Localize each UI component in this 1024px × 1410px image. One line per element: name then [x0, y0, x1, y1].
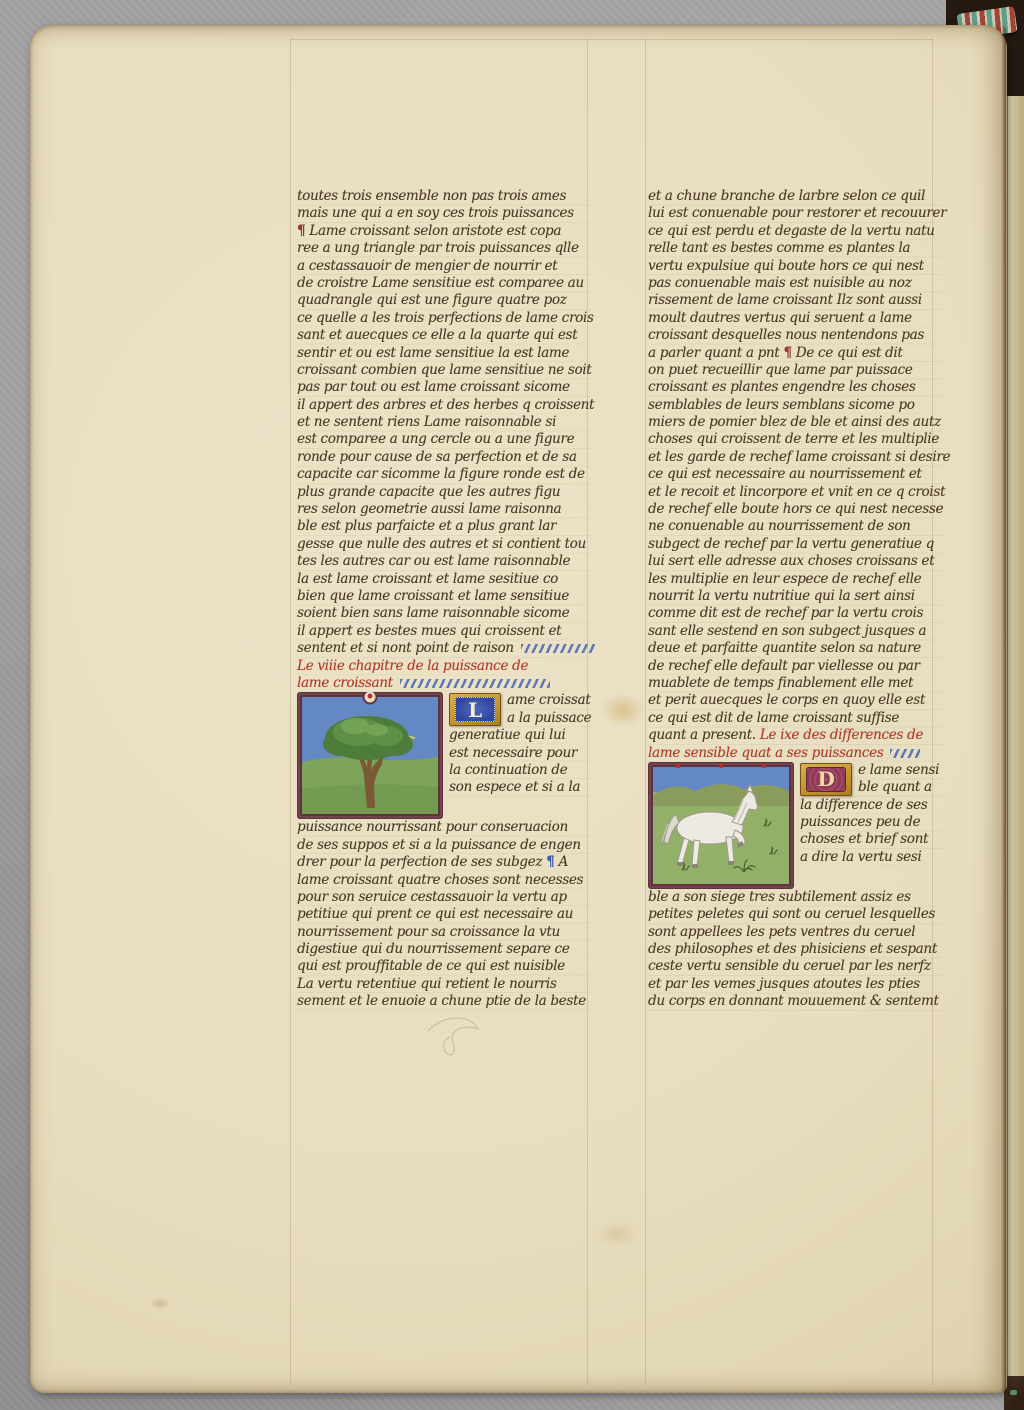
manuscript-line: nourrissement pour sa croissance la vtu: [297, 924, 591, 941]
manuscript-line: Le viiie chapitre de la puissance de: [297, 658, 591, 675]
manuscript-line: sentir et ou est lame sensitiue la est l…: [297, 345, 591, 362]
manuscript-line: pas par tout ou est lame croissant sicom…: [297, 379, 591, 396]
manuscript-line: gesse que nulle des autres et si contien…: [297, 536, 591, 553]
manuscript-line: ce quelle a les trois perfections de lam…: [297, 310, 591, 327]
manuscript-line: ree a ung triangle par trois puissances …: [297, 240, 591, 257]
manuscript-line: est comparee a ung cercle ou a une figur…: [297, 431, 591, 448]
manuscript-line: lame croissant: [297, 675, 591, 692]
manuscript-line: la difference de ses: [800, 797, 942, 814]
manuscript-line: des philosophes et des phisiciens et ses…: [648, 941, 942, 958]
line-filler-ornament: [400, 679, 550, 688]
manuscript-line: lame sensible quat a ses puissances: [648, 745, 942, 762]
manuscript-line: de ses suppos et si a la puissance de en…: [297, 837, 591, 854]
left-text-block-a: toutes trois ensemble non pas trois ames…: [297, 188, 591, 692]
manuscript-line: ble quant a: [800, 779, 942, 796]
pen-trial-flourish: [420, 1007, 520, 1067]
manuscript-line: semblables de leurs semblans sicome po: [648, 397, 942, 414]
manuscript-line: pas conuenable mais est nuisible au noz: [648, 275, 942, 292]
manuscript-line: petitiue qui prent ce qui est necessaire…: [297, 906, 591, 923]
manuscript-line: a parler quant a pnt ¶ De ce qui est dit: [648, 345, 942, 362]
manuscript-line: subgect de rechef par la vertu generatiu…: [648, 536, 942, 553]
gutter-crease: [1001, 25, 1006, 1393]
stain: [596, 1221, 638, 1247]
text-column-right: et a chune branche de larbre selon ce qu…: [648, 188, 942, 1011]
manuscript-line: de croistre Lame sensitiue est comparee …: [297, 275, 591, 292]
left-miniature-row: L ame croissata la puissacegeneratiue qu…: [297, 692, 591, 819]
photographed-manuscript: { "page": { "background_color": "#a2a1a3…: [0, 0, 1024, 1410]
manuscript-line: a la puissace: [449, 710, 591, 727]
manuscript-line: muablete de temps finablement elle met: [648, 675, 942, 692]
manuscript-line: on puet recueillir que lame par puissace: [648, 362, 942, 379]
manuscript-line: puissances peu de: [800, 814, 942, 831]
manuscript-line: soient bien sans lame raisonnable sicome: [297, 605, 591, 622]
manuscript-line: pour son seruice cestassauoir la vertu a…: [297, 889, 591, 906]
manuscript-line: il appert es bestes mues qui croissent e…: [297, 623, 591, 640]
manuscript-line: nourrit la vertu nutritiue qui la sert a…: [648, 588, 942, 605]
manuscript-line: ble est plus parfaicte et a plus grant l…: [297, 518, 591, 535]
manuscript-line: plus grande capacite que les autres figu: [297, 484, 591, 501]
manuscript-line: relle tant es bestes comme es plantes la: [648, 240, 942, 257]
manuscript-line: La vertu retentiue qui retient le nourri…: [297, 976, 591, 993]
manuscript-line: vertu expulsiue qui boute hors ce qui ne…: [648, 258, 942, 275]
manuscript-line: petites peletes qui sont ou ceruel lesqu…: [648, 906, 942, 923]
stain: [150, 1297, 170, 1310]
manuscript-line: sant elle sestend en son subgect jusques…: [648, 623, 942, 640]
manuscript-line: il appert des arbres et des herbes q cro…: [297, 397, 591, 414]
manuscript-line: deue et parfaitte quantite selon sa natu…: [648, 640, 942, 657]
manuscript-line: la est lame croissant et lame sesitiue c…: [297, 571, 591, 588]
stain: [600, 693, 646, 727]
manuscript-line: a cestassauoir de mengier de nourrir et: [297, 258, 591, 275]
manuscript-line: sentent et si nont point de raison: [297, 640, 591, 657]
manuscript-line: et ne sentent riens Lame raisonnable si: [297, 414, 591, 431]
manuscript-line: les multiplie en leur espece de rechef e…: [648, 571, 942, 588]
manuscript-line: toutes trois ensemble non pas trois ames: [297, 188, 591, 205]
manuscript-line: sant et auecques ce elle a la quarte qui…: [297, 327, 591, 344]
manuscript-line: ame croissat: [449, 692, 591, 709]
manuscript-line: a dire la vertu sesi: [800, 849, 942, 866]
manuscript-line: bien que lame croissant et lame sensitiu…: [297, 588, 591, 605]
left-side-text: ame croissata la puissacegeneratiue qui …: [449, 692, 591, 796]
manuscript-line: et le recoit et lincorpore et vnit en ce…: [648, 484, 942, 501]
manuscript-line: ble a son siege tres subtilement assiz e…: [648, 889, 942, 906]
manuscript-line: ce qui est dit de lame croissant suffise: [648, 710, 942, 727]
manuscript-line: ceste vertu sensible du ceruel par les n…: [648, 958, 942, 975]
manuscript-line: mais une qui a en soy ces trois puissanc…: [297, 205, 591, 222]
manuscript-line: e lame sensi: [800, 762, 942, 779]
manuscript-line: qui est prouffitable de ce qui est nuisi…: [297, 958, 591, 975]
facing-page-edge: [1006, 96, 1024, 1386]
line-filler-ornament: [890, 749, 920, 758]
manuscript-line: ¶ Lame croissant selon aristote est copa: [297, 223, 591, 240]
manuscript-line: digestiue qui du nourrissement separe ce: [297, 941, 591, 958]
manuscript-line: de rechef elle default par viellesse ou …: [648, 658, 942, 675]
manuscript-line: comme dit est de rechef par la vertu cro…: [648, 605, 942, 622]
manuscript-line: choses qui croissent de terre et les mul…: [648, 431, 942, 448]
manuscript-line: quant a present. Le ixe des differences …: [648, 727, 942, 744]
horse-miniature: [648, 762, 794, 889]
manuscript-line: et par les vemes jusques atoutes les pti…: [648, 976, 942, 993]
manuscript-line: capacite car sicomme la figure ronde est…: [297, 466, 591, 483]
manuscript-line: res selon geometrie aussi lame raisonna: [297, 501, 591, 518]
manuscript-line: ne conuenable au nourrissement de son: [648, 518, 942, 535]
manuscript-line: croissant combien que lame sensitiue ne …: [297, 362, 591, 379]
right-miniature-row: D e lame sensible quant ala difference d…: [648, 762, 942, 889]
manuscript-line: lame croissant quatre choses sont necess…: [297, 872, 591, 889]
manuscript-line: tes les autres car ou est lame raisonnab…: [297, 553, 591, 570]
manuscript-line: de rechef elle boute hors ce qui nest ne…: [648, 501, 942, 518]
manuscript-line: ronde pour cause de sa perfection et de …: [297, 449, 591, 466]
line-filler-ornament: [521, 644, 595, 653]
tree-miniature: [297, 692, 443, 819]
manuscript-line: du corps en donnant mouuement & sentemt: [648, 993, 942, 1010]
manuscript-line: ce qui est necessaire au nourrissement e…: [648, 466, 942, 483]
manuscript-line: la continuation de: [449, 762, 591, 779]
manuscript-line: moult dautres vertus qui seruent a lame: [648, 310, 942, 327]
manuscript-line: et perit auecques le corps en quoy elle …: [648, 692, 942, 709]
text-column-left: toutes trois ensemble non pas trois ames…: [297, 188, 591, 1011]
manuscript-line: et les garde de rechef lame croissant si…: [648, 449, 942, 466]
manuscript-page: toutes trois ensemble non pas trois ames…: [30, 25, 1007, 1393]
right-text-block-b: ble a son siege tres subtilement assiz e…: [648, 889, 942, 1011]
right-text-block-a: et a chune branche de larbre selon ce qu…: [648, 188, 942, 762]
manuscript-line: miers de pomier blez de ble et ainsi des…: [648, 414, 942, 431]
manuscript-line: lui est conuenable pour restorer et reco…: [648, 205, 942, 222]
binding-leather-corner: [1004, 1376, 1024, 1410]
manuscript-line: lui sert elle adresse aux choses croissa…: [648, 553, 942, 570]
manuscript-line: quadrangle qui est une figure quatre poz: [297, 292, 591, 309]
manuscript-line: est necessaire pour: [449, 745, 591, 762]
manuscript-line: choses et brief sont: [800, 831, 942, 848]
manuscript-line: et a chune branche de larbre selon ce qu…: [648, 188, 942, 205]
manuscript-line: son espece et si a la: [449, 779, 591, 796]
right-side-text: e lame sensible quant ala difference de …: [800, 762, 942, 866]
manuscript-line: drer pour la perfection de ses subgez ¶ …: [297, 854, 591, 871]
manuscript-line: puissance nourrissant pour conseruacion: [297, 819, 591, 836]
manuscript-line: ce qui est perdu et degaste de la vertu …: [648, 223, 942, 240]
left-text-block-b: puissance nourrissant pour conseruaciond…: [297, 819, 591, 1010]
manuscript-line: sont appellees les pets ventres du cerue…: [648, 924, 942, 941]
manuscript-line: generatiue qui lui: [449, 727, 591, 744]
manuscript-line: rissement de lame croissant Ilz sont aus…: [648, 292, 942, 309]
manuscript-line: croissant es plantes engendre les choses: [648, 379, 942, 396]
manuscript-line: croissant desquelles nous nentendons pas: [648, 327, 942, 344]
